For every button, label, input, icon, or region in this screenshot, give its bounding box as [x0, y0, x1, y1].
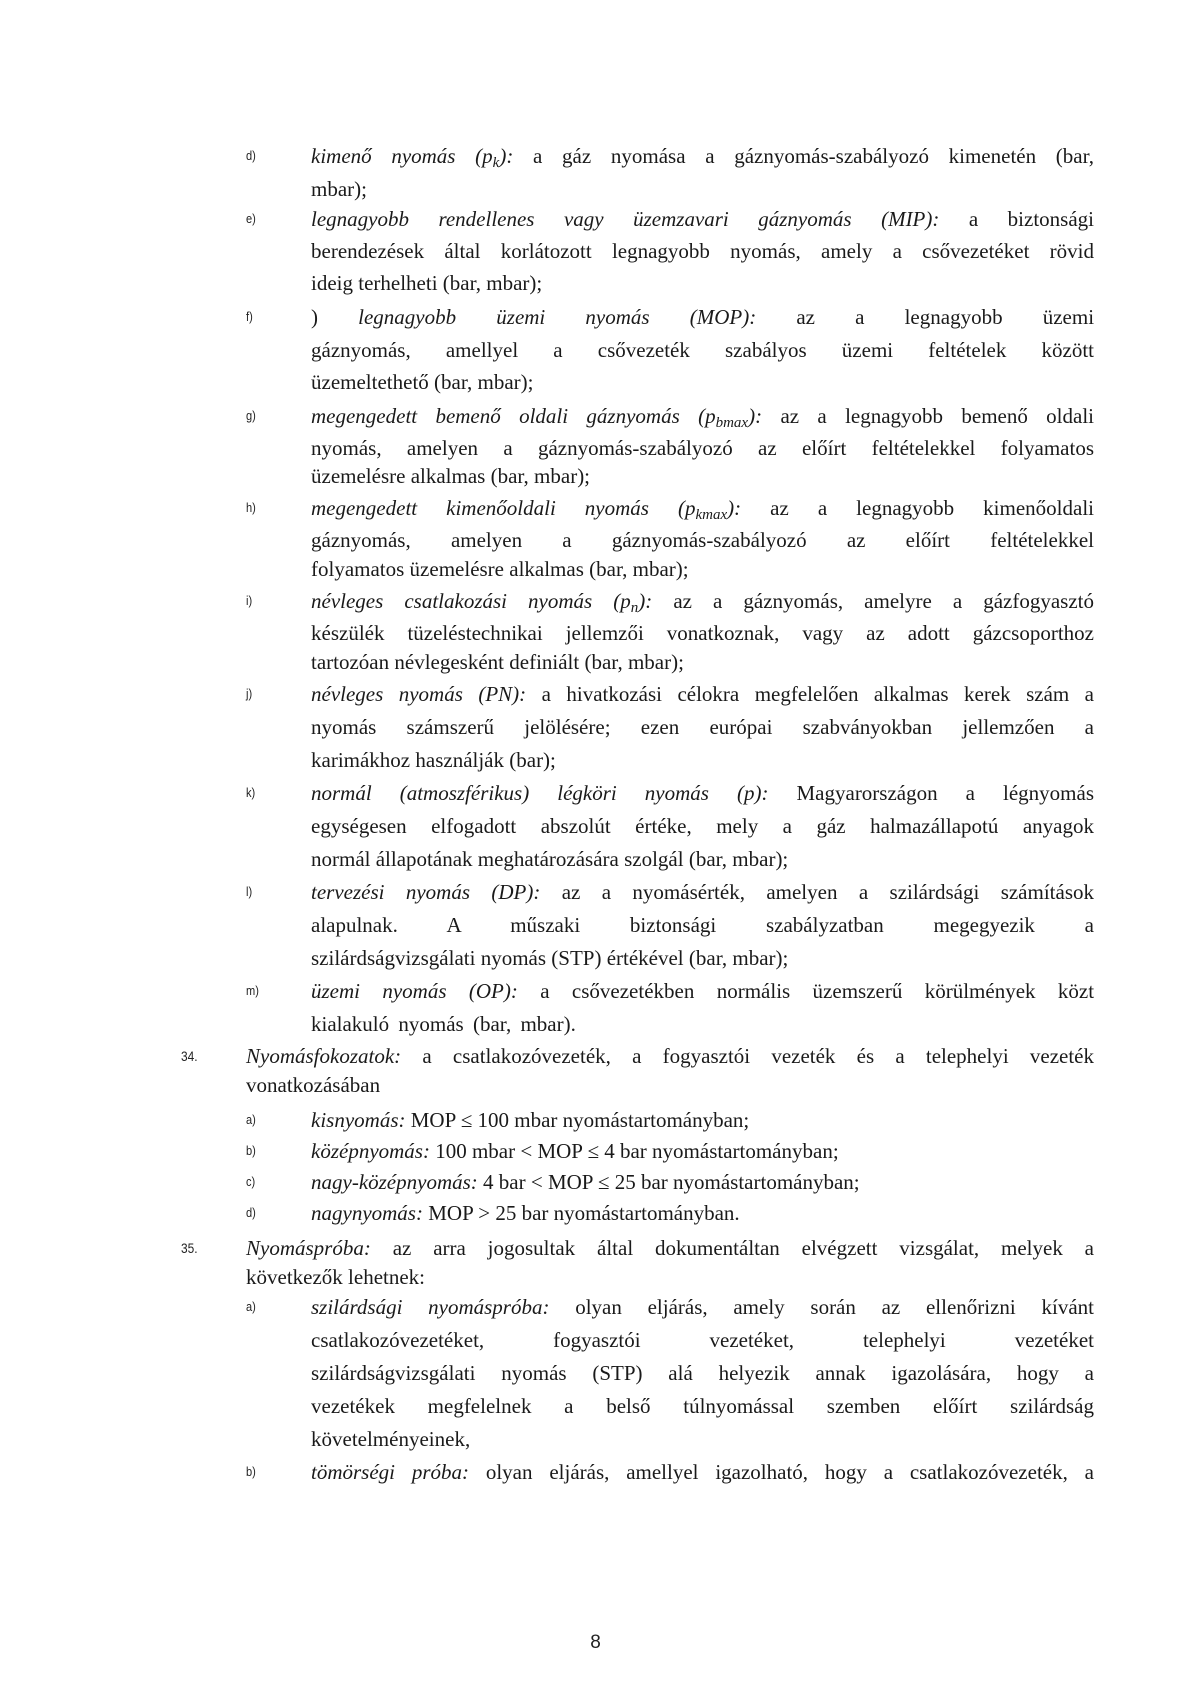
item-label: k)	[246, 785, 255, 800]
section-number: 34.	[181, 1048, 198, 1064]
item-label: d)	[246, 148, 256, 163]
term: normál (atmoszférikus) légköri nyomás (p…	[311, 781, 768, 805]
definition-h-line: gáznyomás, amelyen a gáznyomás-szabályoz…	[311, 526, 1094, 554]
pressure-test-a-line: szilárdságvizsgálati nyomás (STP) alá he…	[311, 1359, 1094, 1387]
item-label: c)	[246, 1174, 255, 1189]
definition-i-line: készülék tüzeléstechnikai jellemzői vona…	[311, 619, 1094, 647]
definition-i-line: tartozóan névlegesként definiált (bar, m…	[311, 648, 1094, 676]
term: középnyomás:	[311, 1139, 430, 1163]
definition-j-line: nyomás számszerű jelölésére; ezen európa…	[311, 713, 1094, 741]
term: megengedett bemenő oldali gáznyomás (pbm…	[311, 404, 762, 428]
section-35-line: következők lehetnek:	[246, 1263, 1094, 1291]
term: névleges nyomás (PN):	[311, 682, 526, 706]
definition-e-line: berendezések által korlátozott legnagyob…	[311, 237, 1094, 265]
definition-j: névleges nyomás (PN): a hivatkozási célo…	[311, 680, 1094, 708]
definition-k: normál (atmoszférikus) légköri nyomás (p…	[311, 779, 1094, 807]
section-34-line: vonatkozásában	[246, 1071, 1094, 1099]
definition-l: tervezési nyomás (DP): az a nyomásérték,…	[311, 878, 1094, 906]
pressure-test-a-line: vezetékek megfelelnek a belső túlnyomáss…	[311, 1392, 1094, 1420]
item-label: d)	[246, 1205, 256, 1220]
definition-k-line: egységesen elfogadott abszolút értéke, m…	[311, 812, 1094, 840]
term: megengedett kimenőoldali nyomás (pkmax):	[311, 496, 741, 520]
item-label: f)	[246, 309, 253, 324]
definition-f-line: üzemeltethető (bar, mbar);	[311, 368, 1094, 396]
definition-g-line: nyomás, amelyen a gáznyomás-szabályozó a…	[311, 434, 1094, 462]
term: névleges csatlakozási nyomás (pn):	[311, 589, 652, 613]
term: tömörségi próba:	[311, 1460, 469, 1484]
pressure-test-a-line: csatlakozóvezetéket, fogyasztói vezetéke…	[311, 1326, 1094, 1354]
term: Nyomásfokozatok:	[246, 1044, 401, 1068]
definition-g: megengedett bemenő oldali gáznyomás (pbm…	[311, 402, 1094, 430]
definition-i: névleges csatlakozási nyomás (pn): az a …	[311, 587, 1094, 615]
item-label: j)	[246, 686, 252, 701]
document-page: d) kimenő nyomás (pk): a gáz nyomása a g…	[0, 0, 1191, 1684]
pressure-level-b: középnyomás: 100 mbar < MOP ≤ 4 bar nyom…	[311, 1137, 1094, 1165]
term: üzemi nyomás (OP):	[311, 979, 518, 1003]
definition-m-line: kialakuló nyomás (bar, mbar).	[311, 1010, 1094, 1038]
definition-k-line: normál állapotának meghatározására szolg…	[311, 845, 1094, 873]
definition-m: üzemi nyomás (OP): a csővezetékben normá…	[311, 977, 1094, 1005]
section-number: 35.	[181, 1240, 198, 1256]
section-34-heading: Nyomásfokozatok: a csatlakozóvezeték, a …	[246, 1042, 1094, 1070]
definition-e: legnagyobb rendellenes vagy üzemzavari g…	[311, 205, 1094, 233]
item-label: h)	[246, 500, 256, 515]
definition-l-line: szilárdságvizsgálati nyomás (STP) értéké…	[311, 944, 1094, 972]
pressure-level-d: nagynyomás: MOP > 25 bar nyomástartomány…	[311, 1199, 1094, 1227]
item-label: a)	[246, 1299, 256, 1314]
pressure-test-a-line: követelményeinek,	[311, 1425, 1094, 1453]
definition-j-line: karimákhoz használják (bar);	[311, 746, 1094, 774]
item-label: b)	[246, 1464, 256, 1479]
definition-h-line: folyamatos üzemelésre alkalmas (bar, mba…	[311, 555, 1094, 583]
definition-f-line: gáznyomás, amellyel a csővezeték szabály…	[311, 336, 1094, 364]
term: legnagyobb rendellenes vagy üzemzavari g…	[311, 207, 939, 231]
item-label: a)	[246, 1112, 256, 1127]
pressure-test-b: tömörségi próba: olyan eljárás, amellyel…	[311, 1458, 1094, 1486]
definition-h: megengedett kimenőoldali nyomás (pkmax):…	[311, 494, 1094, 522]
item-label: i)	[246, 593, 252, 608]
term: szilárdsági nyomáspróba:	[311, 1295, 549, 1319]
item-label: m)	[246, 983, 259, 998]
term: nagynyomás:	[311, 1201, 423, 1225]
item-label: g)	[246, 408, 256, 423]
definition-f: ) legnagyobb üzemi nyomás (MOP): az a le…	[311, 303, 1094, 331]
item-label: l)	[246, 884, 252, 899]
definition-g-line: üzemelésre alkalmas (bar, mbar);	[311, 462, 1094, 490]
term: legnagyobb üzemi nyomás (MOP):	[358, 305, 756, 329]
item-label: e)	[246, 211, 256, 226]
term: kimenő nyomás (pk):	[311, 144, 513, 168]
definition-d: kimenő nyomás (pk): a gáz nyomása a gázn…	[311, 142, 1094, 170]
term: nagy-középnyomás:	[311, 1170, 478, 1194]
section-35-heading: Nyomáspróba: az arra jogosultak által do…	[246, 1234, 1094, 1262]
item-label: b)	[246, 1143, 256, 1158]
term: Nyomáspróba:	[246, 1236, 371, 1260]
term: tervezési nyomás (DP):	[311, 880, 540, 904]
page-number: 8	[0, 1632, 1191, 1654]
definition-l-line: alapulnak. A műszaki biztonsági szabályz…	[311, 911, 1094, 939]
pressure-level-a: kisnyomás: MOP ≤ 100 mbar nyomástartomán…	[311, 1106, 1094, 1134]
definition-d-line: mbar);	[311, 175, 1094, 203]
pressure-level-c: nagy-középnyomás: 4 bar < MOP ≤ 25 bar n…	[311, 1168, 1094, 1196]
definition-e-line: ideig terhelheti (bar, mbar);	[311, 269, 1094, 297]
pressure-test-a: szilárdsági nyomáspróba: olyan eljárás, …	[311, 1293, 1094, 1321]
term: kisnyomás:	[311, 1108, 405, 1132]
